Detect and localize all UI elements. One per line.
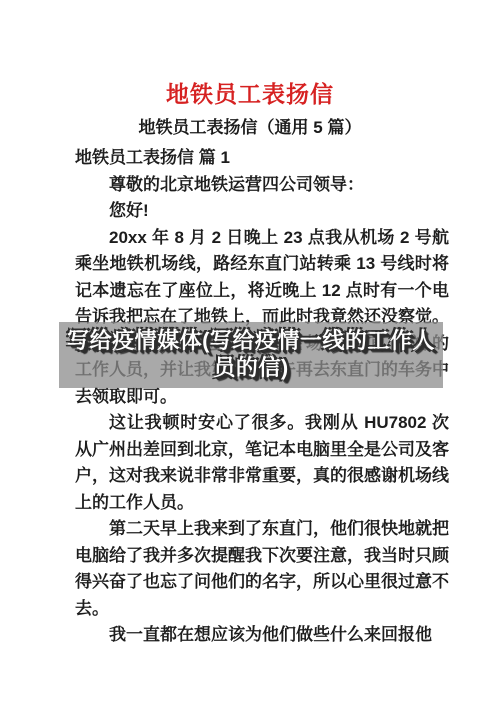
body-line: 这让我顿时安心了很多。我刚从 HU7802 次航班 (75, 410, 449, 437)
body-line: 我一直都在想应该为他们做些什么来回报他 (75, 622, 449, 649)
body-line: 20xx 年 8 月 2 日晚上 23 点我从机场 2 号航站楼 (75, 225, 449, 252)
body-line: 第二天早上我来到了东直门，他们很快地就把 (75, 516, 449, 543)
document-subtitle: 地铁员工表扬信（通用 5 篇） (0, 117, 500, 139)
body-line: 乘坐地铁机场线，路经东直门站转乘 13 号线时将笔 (75, 251, 449, 278)
section-heading: 地铁员工表扬信 篇 1 (75, 145, 449, 172)
caption-overlay-banner: 写给疫情媒体(写给疫情一线的工作人 员的信) (59, 322, 443, 388)
document-body: 地铁员工表扬信 篇 1尊敬的北京地铁运营四公司领导：您好!20xx 年 8 月 … (75, 145, 449, 649)
body-line: 记本遗忘在了座位上，将近晚上 12 点时有一个电话 (75, 278, 449, 305)
body-line: 尊敬的北京地铁运营四公司领导： (75, 172, 449, 199)
body-line: 从广州出差回到北京，笔记本电脑里全是公司及客 (75, 437, 449, 464)
body-line: 您好! (75, 198, 449, 225)
body-line: 得兴奋了也忘了问他们的名字，所以心里很过意不 (75, 569, 449, 596)
body-line: 上的工作人员。 (75, 490, 449, 517)
document-page: 地铁员工表扬信 地铁员工表扬信（通用 5 篇） 地铁员工表扬信 篇 1尊敬的北京… (0, 0, 500, 706)
body-line: 电脑给了我并多次提醒我下次要注意，我当时只顾 (75, 543, 449, 570)
overlay-text-line-1: 写给疫情媒体(写给疫情一线的工作人 (59, 327, 443, 354)
body-line: 户，这对我来说非常非常重要，真的很感谢机场线 (75, 463, 449, 490)
body-line: 去。 (75, 596, 449, 623)
page-title: 地铁员工表扬信 (0, 80, 500, 108)
overlay-text-line-2: 员的信) (59, 354, 443, 381)
